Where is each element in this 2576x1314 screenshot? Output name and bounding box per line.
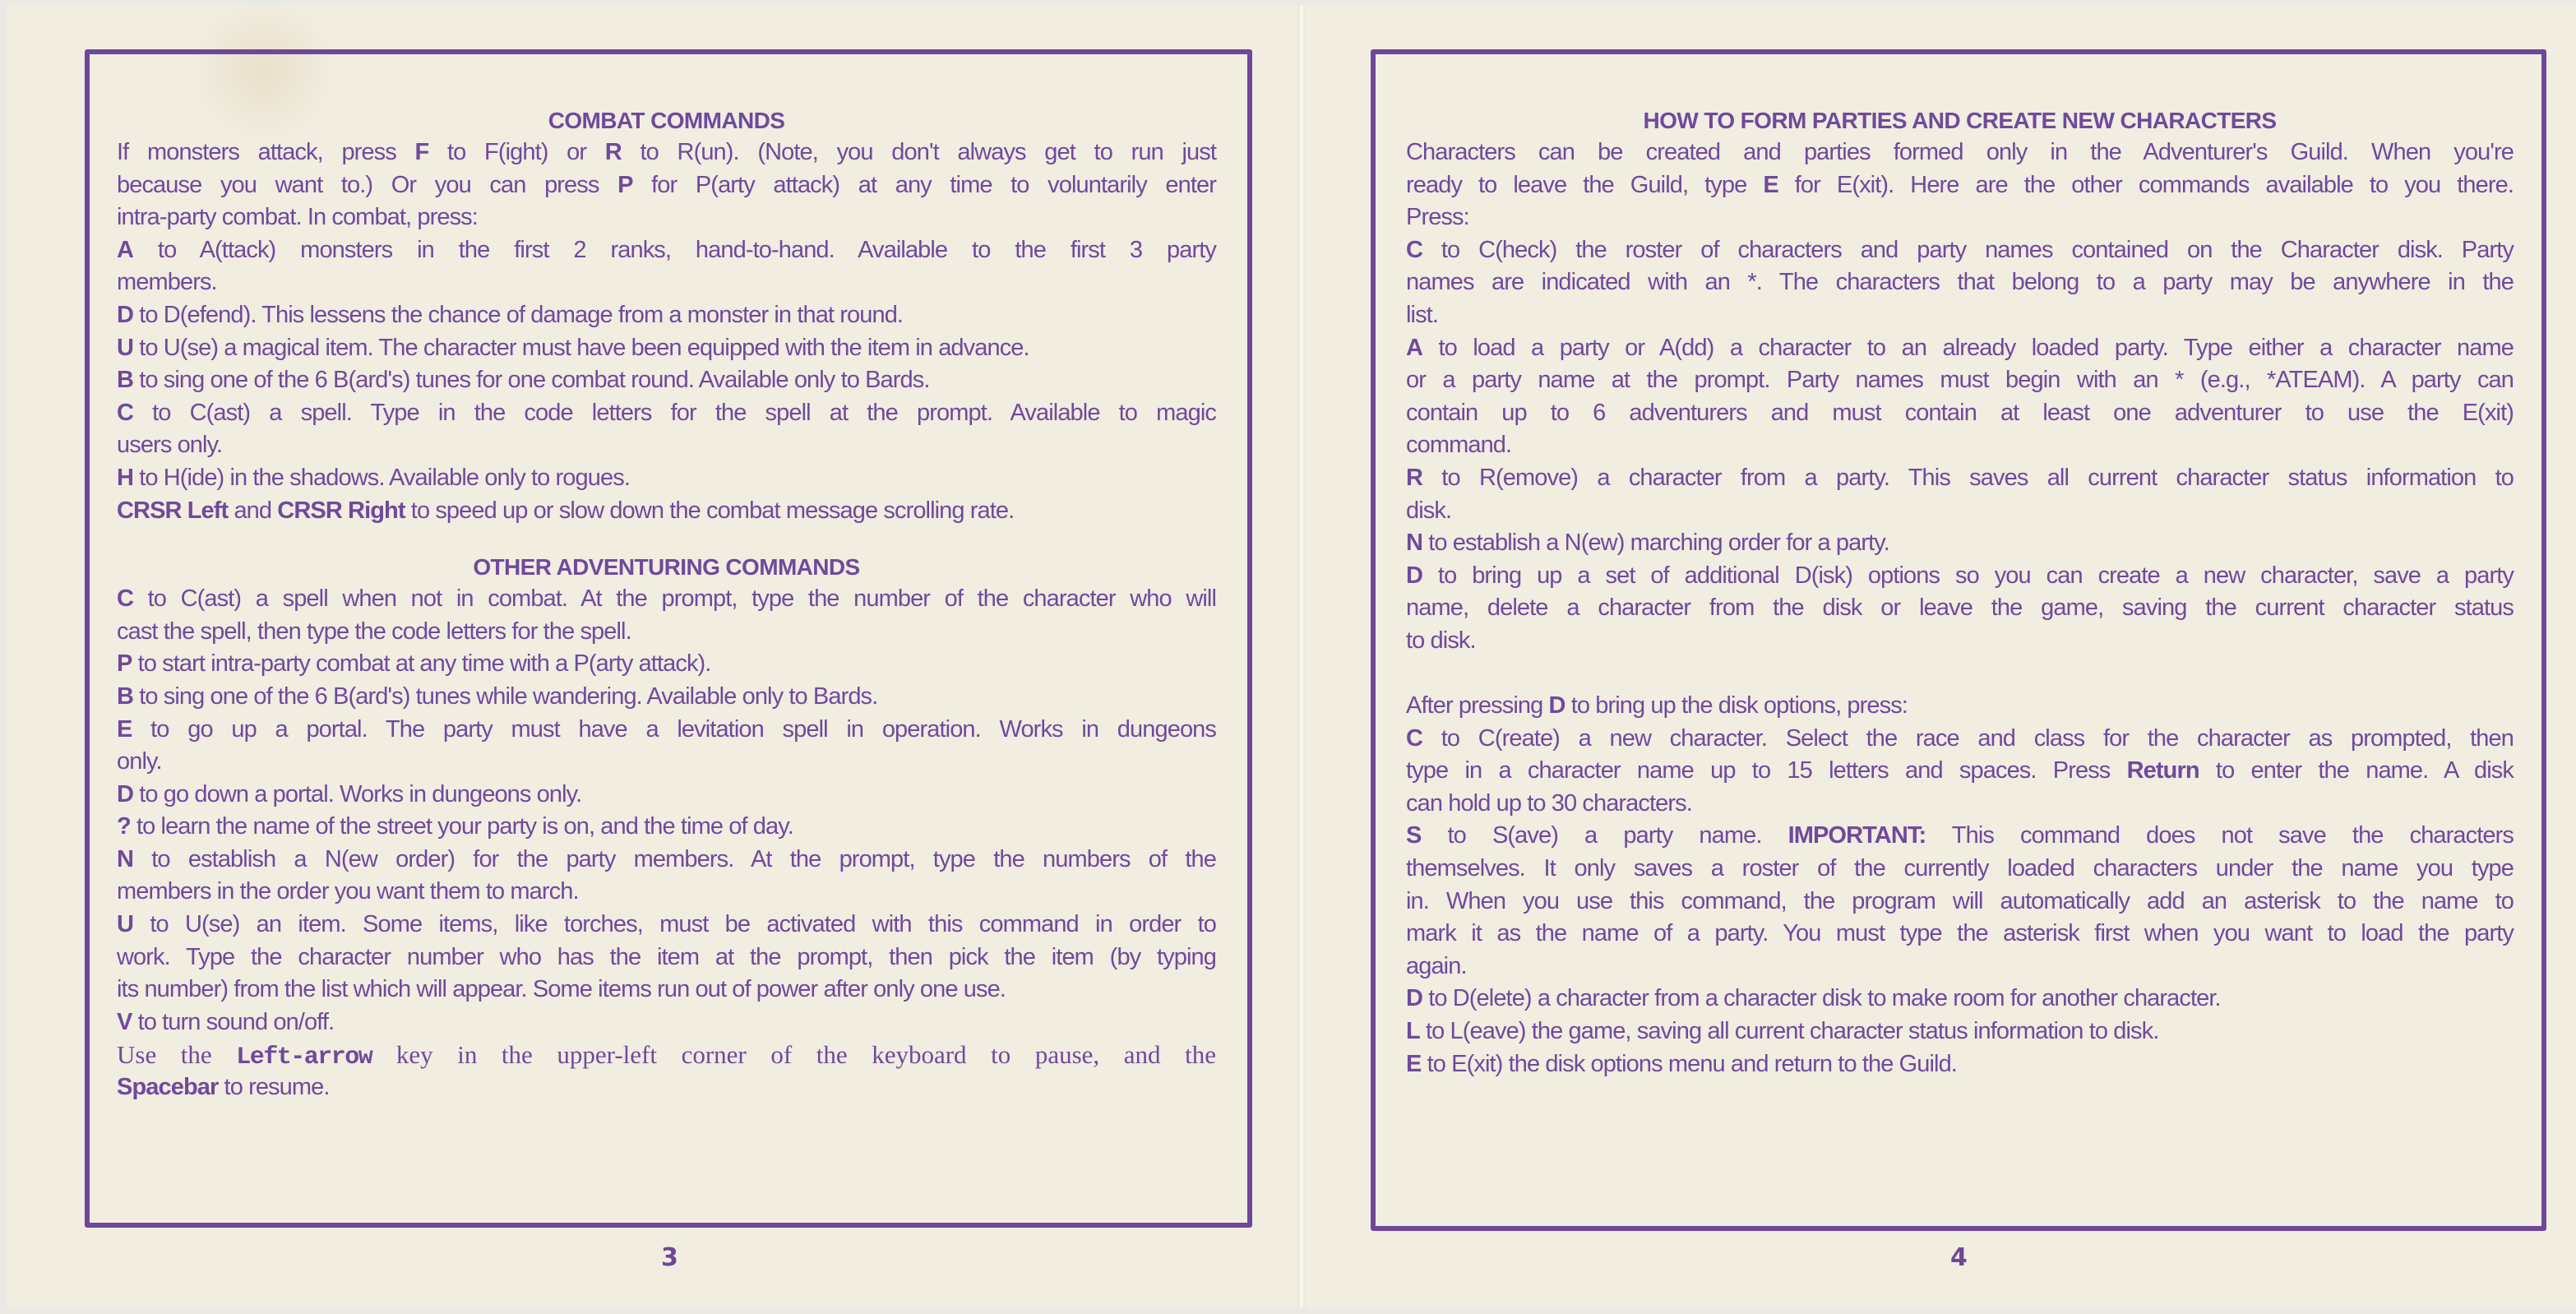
page-number-4: 4: [1950, 1243, 1968, 1272]
text-line: D to D(elete) a character from a charact…: [1406, 983, 2514, 1016]
text-span: to L(eave) the game, saving all current …: [1420, 1018, 2159, 1044]
command-key: L: [1406, 1018, 1420, 1044]
command-key: P: [117, 650, 132, 677]
text-span: to bring up a set of additional D(isk) o…: [1422, 562, 2514, 589]
command-key: E: [1763, 172, 1778, 198]
text-span: to start intra-party combat at any time …: [132, 650, 710, 677]
text-line: E to E(xit) the disk options menu and re…: [1406, 1048, 2514, 1081]
command-key: IMPORTANT:: [1788, 822, 1926, 849]
text-span: to load a party or A(dd) a character to …: [1422, 335, 2514, 361]
text-line: Spacebar to resume.: [117, 1071, 1216, 1104]
text-span: to turn sound on/off.: [132, 1009, 334, 1035]
text-line: to disk.: [1406, 625, 2514, 658]
command-key: C: [117, 400, 133, 426]
text-span: to disk.: [1406, 627, 1476, 654]
text-span: list.: [1406, 302, 1438, 328]
command-key: A: [1406, 335, 1422, 361]
text-span: for P(arty attack) at any time to volunt…: [633, 172, 1216, 198]
text-line: E to go up a portal. The party must have…: [117, 714, 1216, 747]
command-key: B: [117, 367, 133, 393]
text-line: B to sing one of the 6 B(ard's) tunes wh…: [117, 681, 1216, 714]
text-line: If monsters attack, press F to F(ight) o…: [117, 136, 1216, 169]
text-line: members in the order you want them to ma…: [117, 876, 1216, 909]
text-span: members in the order you want them to ma…: [117, 878, 579, 905]
text-span: name, delete a character from the disk o…: [1406, 595, 2514, 621]
text-line: contain up to 6 adventurers and must con…: [1406, 397, 2514, 430]
text-line: ready to leave the Guild, type E for E(x…: [1406, 169, 2514, 202]
text-span: to R(emove) a character from a party. Th…: [1422, 465, 2514, 491]
text-span: its number) from the list which will app…: [117, 976, 1006, 1002]
text-span: can hold up to 30 characters.: [1406, 790, 1692, 817]
command-key: C: [1406, 237, 1422, 263]
text-line: or a party name at the prompt. Party nam…: [1406, 364, 2514, 397]
text-span: to resume.: [218, 1074, 329, 1100]
text-line: H to H(ide) in the shadows. Available on…: [117, 462, 1216, 495]
text-line: P to start intra-party combat at any tim…: [117, 648, 1216, 681]
command-key: CRSR Right: [277, 497, 405, 524]
text-span: key in the upper-left corner of the keyb…: [372, 1040, 1216, 1069]
text-line: intra-party combat. In combat, press:: [117, 201, 1216, 234]
text-line: type in a character name up to 15 letter…: [1406, 755, 2514, 788]
text-line: ? to learn the name of the street your p…: [117, 811, 1216, 844]
text-span: Characters can be created and parties fo…: [1406, 139, 2514, 165]
text-span: contain up to 6 adventurers and must con…: [1406, 400, 2514, 426]
text-line: A to A(ttack) monsters in the first 2 ra…: [117, 234, 1216, 267]
text-span: to E(xit) the disk options menu and retu…: [1421, 1051, 1957, 1077]
command-key: C: [117, 585, 133, 612]
text-line: in. When you use this command, the progr…: [1406, 886, 2514, 918]
section-heading: COMBAT COMMANDS: [117, 105, 1216, 136]
book-spine-fold: [1297, 5, 1306, 1307]
text-line: V to turn sound on/off.: [117, 1006, 1216, 1039]
text-span: After pressing: [1406, 692, 1548, 719]
text-line: After pressing D to bring up the disk op…: [1406, 690, 2514, 723]
command-key: C: [1406, 725, 1422, 752]
command-key: R: [1406, 465, 1422, 491]
text-line: users only.: [117, 429, 1216, 462]
text-span: mark it as the name of a party. You must…: [1406, 920, 2514, 946]
text-line: U to U(se) a magical item. The character…: [117, 332, 1216, 365]
text-line: C to C(heck) the roster of characters an…: [1406, 234, 2514, 267]
text-line: B to sing one of the 6 B(ard's) tunes fo…: [117, 364, 1216, 397]
command-key: H: [117, 465, 133, 491]
command-key: N: [117, 846, 133, 872]
text-span: in. When you use this command, the progr…: [1406, 888, 2514, 914]
text-span: ready to leave the Guild, type: [1406, 172, 1763, 198]
text-line: Characters can be created and parties fo…: [1406, 136, 2514, 169]
page-3-content: COMBAT COMMANDSIf monsters attack, press…: [117, 105, 1216, 1104]
text-line: list.: [1406, 299, 2514, 332]
text-line: Use the Left-arrow key in the upper-left…: [117, 1039, 1216, 1071]
page-number-3: 3: [661, 1243, 678, 1272]
text-line: mark it as the name of a party. You must…: [1406, 918, 2514, 951]
text-span: Press:: [1406, 204, 1469, 230]
text-line: name, delete a character from the disk o…: [1406, 592, 2514, 625]
text-line: command.: [1406, 429, 2514, 462]
text-span: to learn the name of the street your par…: [131, 813, 793, 840]
text-span: to R(un). (Note, you don't always get to…: [622, 139, 1216, 165]
text-span: to go down a portal. Works in dungeons o…: [133, 781, 581, 807]
command-key: Return: [2127, 757, 2199, 784]
text-span: cast the spell, then type the code lette…: [117, 618, 631, 645]
text-span: to establish a N(ew order) for the party…: [133, 846, 1216, 872]
text-span: If monsters attack, press: [117, 139, 415, 165]
text-span: to U(se) an item. Some items, like torch…: [133, 911, 1216, 937]
text-span: work. Type the character number who has …: [117, 944, 1216, 970]
text-span: to speed up or slow down the combat mess…: [405, 497, 1015, 524]
command-key: D: [1548, 692, 1565, 719]
section-spacer: [1406, 658, 2514, 691]
section-spacer: [117, 527, 1216, 552]
text-line: D to D(efend). This lessens the chance o…: [117, 299, 1216, 332]
command-key: A: [117, 237, 133, 263]
text-span: to C(reate) a new character. Select the …: [1422, 725, 2514, 752]
text-span: to C(heck) the roster of characters and …: [1422, 237, 2514, 263]
text-span: users only.: [117, 432, 222, 458]
command-key: P: [617, 172, 632, 198]
command-key: N: [1406, 530, 1422, 556]
command-key: CRSR Left: [117, 497, 228, 524]
text-span: to go up a portal. The party must have a…: [132, 716, 1216, 743]
command-key: Left-arrow: [236, 1043, 372, 1071]
text-line: D to bring up a set of additional D(isk)…: [1406, 560, 2514, 593]
text-span: to A(ttack) monsters in the first 2 rank…: [133, 237, 1216, 263]
command-key: U: [117, 335, 133, 361]
command-key: D: [1406, 562, 1422, 589]
text-span: type in a character name up to 15 letter…: [1406, 757, 2127, 784]
command-key: E: [117, 716, 132, 743]
command-key: Spacebar: [117, 1074, 218, 1100]
text-line: N to establish a N(ew) marching order fo…: [1406, 527, 2514, 560]
command-key: F: [415, 139, 429, 165]
text-span: to bring up the disk options, press:: [1565, 692, 1908, 719]
text-line: members.: [117, 266, 1216, 299]
text-span: command.: [1406, 432, 1511, 458]
text-span: to H(ide) in the shadows. Available only…: [133, 465, 630, 491]
command-key: D: [1406, 985, 1422, 1011]
text-line: can hold up to 30 characters.: [1406, 788, 2514, 821]
text-span: disk.: [1406, 497, 1451, 524]
command-key: D: [117, 302, 133, 328]
text-line: C to C(reate) a new character. Select th…: [1406, 723, 2514, 756]
text-line: C to C(ast) a spell when not in combat. …: [117, 583, 1216, 616]
text-span: to S(ave) a party name.: [1421, 822, 1787, 849]
text-span: to D(elete) a character from a character…: [1422, 985, 2221, 1011]
command-key: E: [1406, 1051, 1421, 1077]
command-key: S: [1406, 822, 1421, 849]
text-line: L to L(eave) the game, saving all curren…: [1406, 1016, 2514, 1048]
text-line: its number) from the list which will app…: [117, 974, 1216, 1006]
text-span: to D(efend). This lessens the chance of …: [133, 302, 903, 328]
command-key: V: [117, 1009, 132, 1035]
command-key: U: [117, 911, 133, 937]
text-line: CRSR Left and CRSR Right to speed up or …: [117, 495, 1216, 528]
text-line: Press:: [1406, 201, 2514, 234]
text-line: N to establish a N(ew order) for the par…: [117, 844, 1216, 877]
text-span: themselves. It only saves a roster of th…: [1406, 855, 2514, 881]
text-span: to establish a N(ew) marching order for …: [1422, 530, 1889, 556]
text-line: again.: [1406, 951, 2514, 983]
text-line: C to C(ast) a spell. Type in the code le…: [117, 397, 1216, 430]
text-span: intra-party combat. In combat, press:: [117, 204, 478, 230]
text-span: to sing one of the 6 B(ard's) tunes for …: [133, 367, 929, 393]
text-span: again.: [1406, 953, 1467, 979]
text-line: cast the spell, then type the code lette…: [117, 616, 1216, 649]
text-line: disk.: [1406, 495, 2514, 528]
text-line: only.: [117, 746, 1216, 779]
text-line: D to go down a portal. Works in dungeons…: [117, 779, 1216, 812]
text-span: Use the: [117, 1040, 236, 1069]
text-span: and: [228, 497, 277, 524]
page-4-content: HOW TO FORM PARTIES AND CREATE NEW CHARA…: [1406, 105, 2514, 1080]
command-key: B: [117, 683, 133, 710]
text-line: R to R(emove) a character from a party. …: [1406, 462, 2514, 495]
section-heading: HOW TO FORM PARTIES AND CREATE NEW CHARA…: [1406, 105, 2514, 136]
text-span: names are indicated with an *. The chara…: [1406, 269, 2514, 295]
text-span: to C(ast) a spell. Type in the code lett…: [133, 400, 1216, 426]
text-span: to F(ight) or: [428, 139, 604, 165]
text-line: because you want to.) Or you can press P…: [117, 169, 1216, 202]
text-line: work. Type the character number who has …: [117, 942, 1216, 974]
text-span: because you want to.) Or you can press: [117, 172, 617, 198]
text-line: A to load a party or A(dd) a character t…: [1406, 332, 2514, 365]
text-line: names are indicated with an *. The chara…: [1406, 266, 2514, 299]
command-key: ?: [117, 813, 131, 840]
text-line: U to U(se) an item. Some items, like tor…: [117, 909, 1216, 942]
text-span: members.: [117, 269, 217, 295]
text-span: This command does not save the character…: [1926, 822, 2514, 849]
text-span: or a party name at the prompt. Party nam…: [1406, 367, 2514, 393]
text-span: to C(ast) a spell when not in combat. At…: [133, 585, 1216, 612]
command-key: D: [117, 781, 133, 807]
text-span: only.: [117, 748, 162, 775]
command-key: R: [605, 139, 622, 165]
text-line: themselves. It only saves a roster of th…: [1406, 853, 2514, 886]
text-line: S to S(ave) a party name. IMPORTANT: Thi…: [1406, 820, 2514, 853]
text-span: for E(xit). Here are the other commands …: [1778, 172, 2514, 198]
section-heading: OTHER ADVENTURING COMMANDS: [117, 552, 1216, 583]
text-span: to sing one of the 6 B(ard's) tunes whil…: [133, 683, 877, 710]
text-span: to U(se) a magical item. The character m…: [133, 335, 1029, 361]
text-span: to enter the name. A disk: [2199, 757, 2514, 784]
